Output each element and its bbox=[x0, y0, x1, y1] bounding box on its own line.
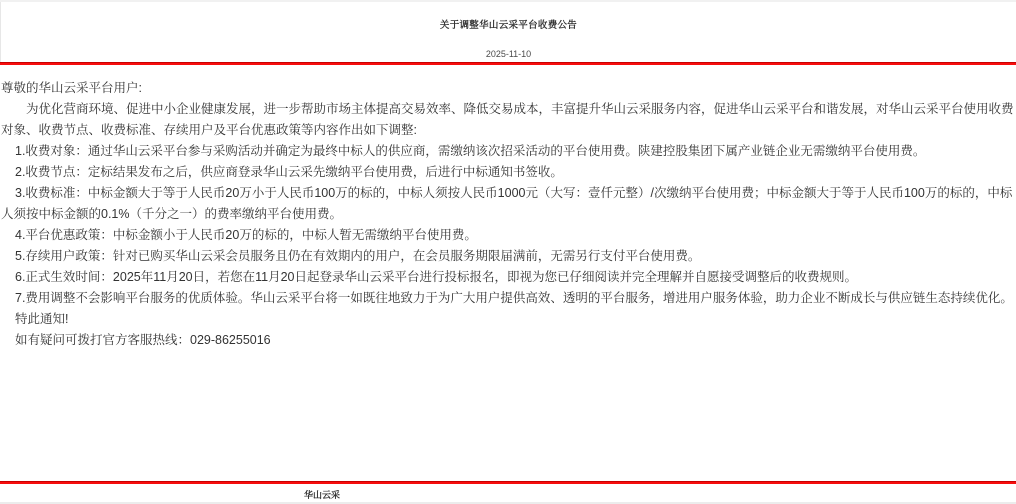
announcement-header: 关于调整华山云采平台收费公告 2025-11-10 bbox=[0, 2, 1016, 62]
announcement-page: 关于调整华山云采平台收费公告 2025-11-10 尊敬的华山云采平台用户: 为… bbox=[0, 0, 1016, 504]
page-footer: 华山云采 bbox=[0, 481, 1016, 504]
announcement-body: 尊敬的华山云采平台用户: 为优化营商环境、促进中小企业健康发展，进一步帮助市场主… bbox=[0, 65, 1016, 351]
footer-bar: 华山云采 bbox=[0, 484, 1016, 504]
fee-item-2: 2.收费节点：定标结果发布之后，供应商登录华山云采先缴纳平台使用费，后进行中标通… bbox=[1, 162, 1014, 183]
footer-brand-text: 华山云采 bbox=[304, 488, 340, 501]
fee-item-6: 6.正式生效时间：2025年11月20日，若您在11月20日起登录华山云采平台进… bbox=[1, 267, 1014, 288]
fee-item-5: 5.存续用户政策：针对已购买华山云采会员服务且仍在有效期内的用户，在会员服务期限… bbox=[1, 246, 1014, 267]
fee-item-3: 3.收费标准：中标金额大于等于人民币20万小于人民币100万的标的，中标人须按人… bbox=[1, 183, 1014, 225]
fee-item-7: 7.费用调整不会影响平台服务的优质体验。华山云采平台将一如既往地致力于为广大用户… bbox=[1, 288, 1014, 309]
page-title: 关于调整华山云采平台收费公告 bbox=[1, 17, 1016, 31]
closing-notice-text: 特此通知! bbox=[1, 309, 1014, 330]
intro-paragraph: 为优化营商环境、促进中小企业健康发展，进一步帮助市场主体提高交易效率、降低交易成… bbox=[1, 99, 1014, 141]
hotline-text: 如有疑问可拨打官方客服热线：029-86255016 bbox=[1, 330, 1014, 351]
fee-item-1: 1.收费对象：通过华山云采平台参与采购活动并确定为最终中标人的供应商，需缴纳该次… bbox=[1, 141, 1014, 162]
fee-item-4: 4.平台优惠政策：中标金额小于人民币20万的标的，中标人暂无需缴纳平台使用费。 bbox=[1, 225, 1014, 246]
salutation-text: 尊敬的华山云采平台用户: bbox=[1, 78, 1014, 99]
announcement-date: 2025-11-10 bbox=[1, 49, 1016, 59]
